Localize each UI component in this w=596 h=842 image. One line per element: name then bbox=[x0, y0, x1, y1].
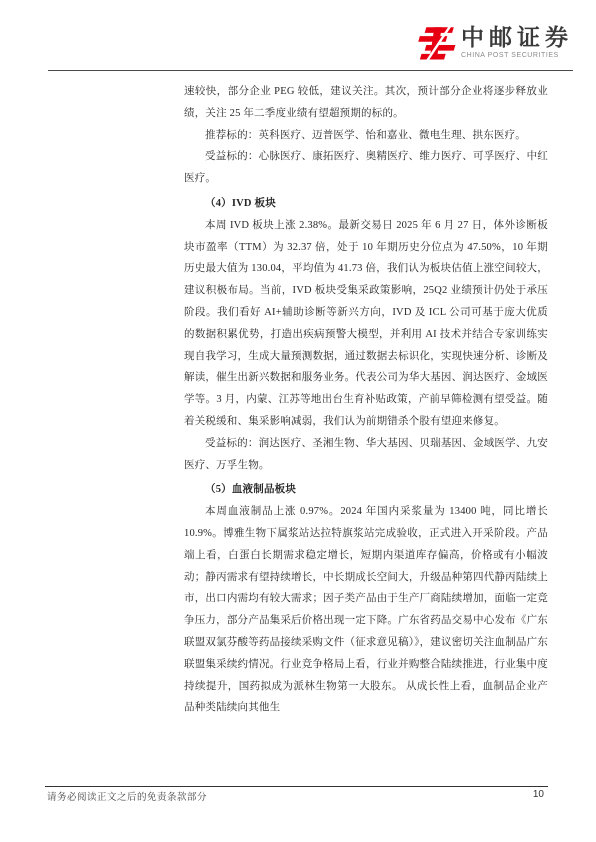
section-heading-blood-products: （5）血液制品板块 bbox=[184, 479, 548, 501]
paragraph-ivd-analysis: 本周 IVD 板块上涨 2.38%。最新交易日 2025 年 6 月 27 日，… bbox=[184, 215, 548, 433]
report-page: 中邮证券 CHINA POST SECURITIES 速较快，部分企业 PEG … bbox=[0, 0, 596, 842]
brand-name-en: CHINA POST SECURITIES bbox=[461, 51, 559, 60]
header-logo: 中邮证券 CHINA POST SECURITIES bbox=[415, 24, 573, 65]
brand-name-cn: 中邮证券 bbox=[461, 24, 573, 51]
section-heading-ivd: （4）IVD 板块 bbox=[184, 193, 548, 215]
document-body: 速较快，部分企业 PEG 较低，建议关注。其次，预计部分企业将逐步释放业绩，关注… bbox=[184, 81, 548, 719]
page-number: 10 bbox=[533, 789, 544, 800]
paragraph-blood-products-analysis: 本周血液制品上涨 0.97%。2024 年国内采浆量为 13400 吨，同比增长… bbox=[184, 501, 548, 719]
footer-disclaimer: 请务必阅读正文之后的免责条款部分 bbox=[47, 789, 207, 803]
header-divider bbox=[48, 70, 573, 71]
paragraph-beneficiary-targets: 受益标的：心脉医疗、康拓医疗、奥精医疗、维力医疗、可孚医疗、中红医疗。 bbox=[184, 146, 548, 190]
header-logo-text: 中邮证券 CHINA POST SECURITIES bbox=[461, 24, 573, 60]
paragraph-recommended-targets: 推荐标的：英科医疗、迈普医学、怡和嘉业、微电生理、拱东医疗。 bbox=[184, 125, 548, 147]
footer-divider bbox=[45, 786, 548, 787]
paragraph-overflow-summary: 速较快，部分企业 PEG 较低，建议关注。其次，预计部分企业将逐步释放业绩，关注… bbox=[184, 81, 548, 125]
china-post-logo-icon bbox=[415, 25, 457, 65]
paragraph-ivd-beneficiary-targets: 受益标的：润达医疗、圣湘生物、华大基因、贝瑞基因、金域医学、九安医疗、万孚生物。 bbox=[184, 433, 548, 477]
